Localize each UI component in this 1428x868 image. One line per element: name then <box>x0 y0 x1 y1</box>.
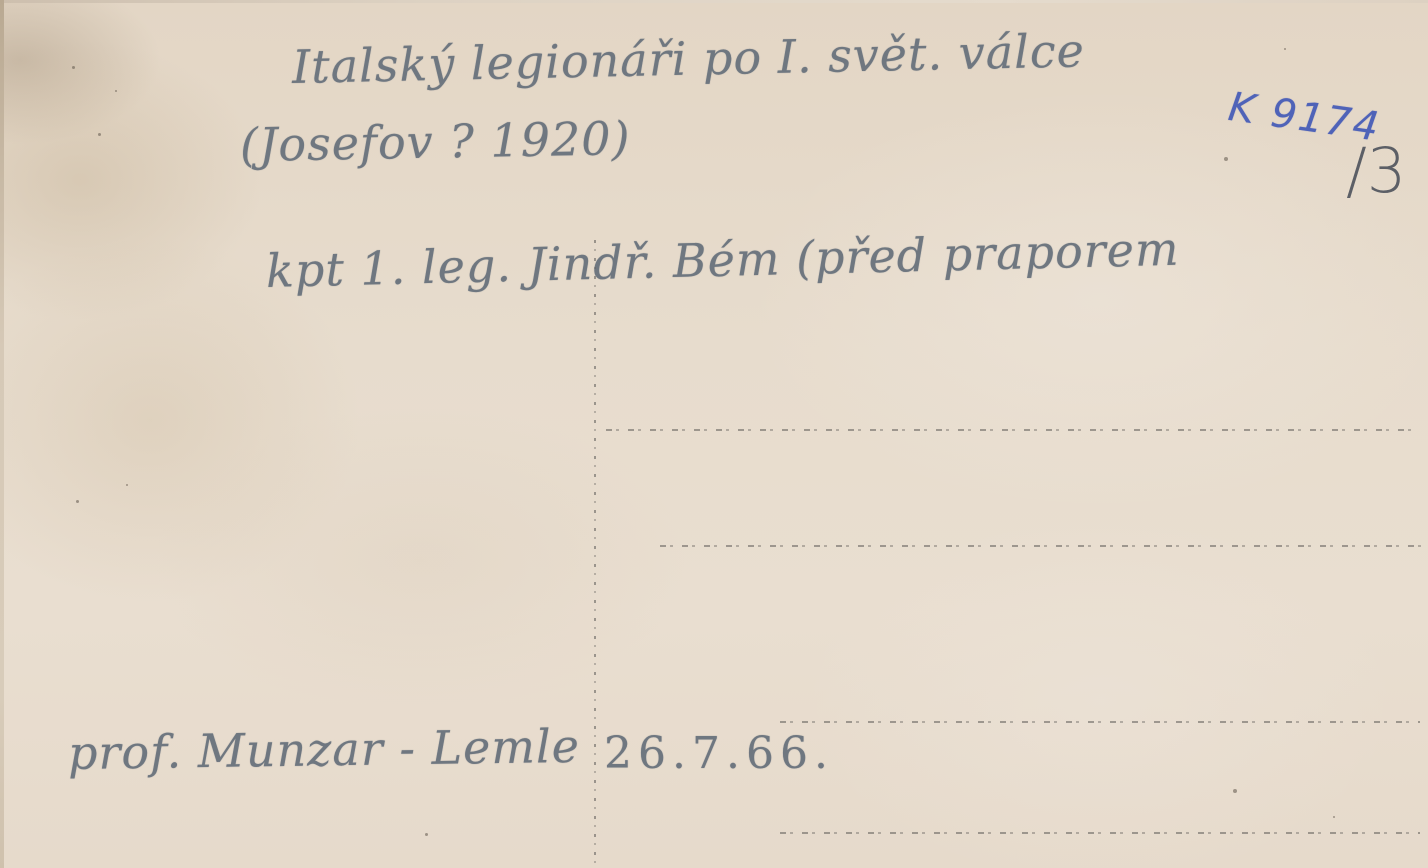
paper-speck <box>115 90 117 92</box>
inscription-person: kpt 1. leg. Jindř. Bém (před praporem <box>265 222 1180 298</box>
paper-edge-left <box>0 0 4 868</box>
paper-speck <box>1333 816 1335 818</box>
address-line-3 <box>780 721 1420 723</box>
address-line-2 <box>660 545 1422 547</box>
inscription-place-date: (Josefov ? 1920) <box>240 111 631 172</box>
paper-speck <box>425 833 428 836</box>
paper-speck <box>1284 48 1286 50</box>
paper-speck <box>76 500 79 503</box>
archive-number-suffix: /3 <box>1346 134 1406 207</box>
inscription-title: Italský legionáři po I. svět. válce <box>291 23 1085 94</box>
paper-speck <box>98 133 101 136</box>
postcard-divider <box>594 240 596 868</box>
address-line-1 <box>606 429 1416 431</box>
paper-speck <box>126 484 128 486</box>
paper-speck <box>1233 789 1237 793</box>
paper-edge-top <box>0 0 1428 3</box>
inscription-date: 26.7.66. <box>604 728 834 779</box>
inscription-donor: prof. Munzar - Lemle <box>68 719 581 780</box>
paper-speck <box>72 66 75 69</box>
postcard-back: Italský legionáři po I. svět. válce (Jos… <box>0 0 1428 868</box>
paper-speck <box>1224 157 1228 161</box>
address-line-4 <box>780 832 1420 834</box>
